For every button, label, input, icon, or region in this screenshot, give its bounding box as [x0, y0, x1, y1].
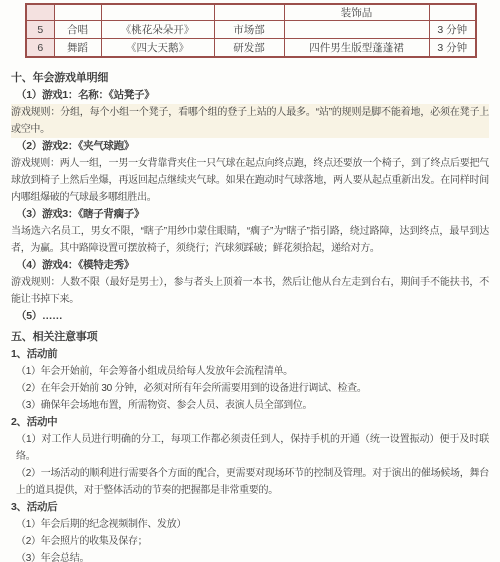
game-2-rules: 游戏规则：两人一组，一男一女背靠背夹住一只气球在起点向终点跑，终点还要放一个椅子… — [11, 155, 489, 206]
table-cell-index: 6 — [26, 39, 54, 58]
table-cell-dept: 市场部 — [214, 21, 284, 39]
game-3-heading: （3）游戏3：《瞎子背瘸子》 — [11, 206, 489, 223]
note-item: （2）在年会开始前 30 分钟，必须对所有年会所需要用到的设备进行调试、检查。 — [11, 380, 489, 397]
game-1-heading: （1）游戏1：名称：《站凳子》 — [11, 87, 489, 104]
table-cell-index — [26, 4, 54, 21]
section-title-games: 十、年会游戏单明细 — [11, 70, 489, 87]
table-cell-index: 5 — [26, 21, 54, 39]
note-item: （3）年会总结。 — [11, 550, 489, 562]
game-4-heading: （4）游戏4：《模特走秀》 — [11, 257, 489, 274]
game-3-rules: 当场选六名员工，男女不限，“瞎子”用纱巾蒙住眼睛，“瘸子”为“瞎子”指引路，绕过… — [11, 223, 489, 257]
table-cell-dept — [214, 4, 284, 21]
note-item: （2）年会照片的收集及保存； — [11, 533, 489, 550]
games-more-line: （5）…… — [11, 308, 489, 325]
table-cell-type — [54, 4, 101, 21]
notes-section: 五、相关注意事项 1、活动前 （1）年会开始前，年会筹备小组成员给每人发放年会流… — [11, 329, 489, 562]
table-cell-duration: 3 分钟 — [429, 39, 476, 58]
table-cell-type: 合唱 — [54, 21, 101, 39]
game-2-heading: （2）游戏2：《夹气球跑》 — [11, 138, 489, 155]
table-row: 5 合唱 《桃花朵朵开》 市场部 3 分钟 — [26, 21, 476, 39]
notes-during-heading: 2、活动中 — [11, 414, 489, 431]
table-cell-program — [101, 4, 214, 21]
table-cell-type: 舞蹈 — [54, 39, 101, 58]
table-cell-duration — [429, 4, 476, 21]
document-page: 装饰品 5 合唱 《桃花朵朵开》 市场部 3 分钟 6 舞蹈 《四大天鹅》 研发… — [0, 0, 500, 562]
program-table: 装饰品 5 合唱 《桃花朵朵开》 市场部 3 分钟 6 舞蹈 《四大天鹅》 研发… — [25, 3, 477, 58]
note-item: （1）年会开始前，年会筹备小组成员给每人发放年会流程清单。 — [11, 363, 489, 380]
notes-after-heading: 3、活动后 — [11, 499, 489, 516]
table-cell-dept: 研发部 — [214, 39, 284, 58]
table-cell-program: 《桃花朵朵开》 — [101, 21, 214, 39]
section-title-notes: 五、相关注意事项 — [11, 329, 489, 346]
table-cell-props: 装饰品 — [284, 4, 429, 21]
table-row: 6 舞蹈 《四大天鹅》 研发部 四件男生版型蓬蓬裙 3 分钟 — [26, 39, 476, 58]
note-item: （2）一场活动的顺利进行需要各个方面的配合，更需要对现场环节的控制及管理。对于演… — [11, 465, 489, 499]
note-item: （1）年会后期的纪念视频制作、发放） — [11, 516, 489, 533]
table-row: 装饰品 — [26, 4, 476, 21]
table-cell-program: 《四大天鹅》 — [101, 39, 214, 58]
notes-before-heading: 1、活动前 — [11, 346, 489, 363]
note-item: （3）确保年会场地布置，所需物资、参会人员、表演人员全部到位。 — [11, 397, 489, 414]
table-cell-duration: 3 分钟 — [429, 21, 476, 39]
game-1-rules: 游戏规则：分组，每个小组一个凳子，看哪个组的登子上站的人最多。“站”的规则是脚不… — [11, 104, 489, 138]
table-cell-props: 四件男生版型蓬蓬裙 — [284, 39, 429, 58]
table-cell-props — [284, 21, 429, 39]
document-body: 十、年会游戏单明细 （1）游戏1：名称：《站凳子》 游戏规则：分组，每个小组一个… — [11, 70, 489, 562]
note-item: （1）对工作人员进行明确的分工，每项工作都必须责任到人，保持手机的开通（统一设置… — [11, 431, 489, 465]
game-4-rules: 游戏规则：人数不限（最好是男士），参与者头上顶着一本书，然后让他从台左走到台右，… — [11, 274, 489, 308]
